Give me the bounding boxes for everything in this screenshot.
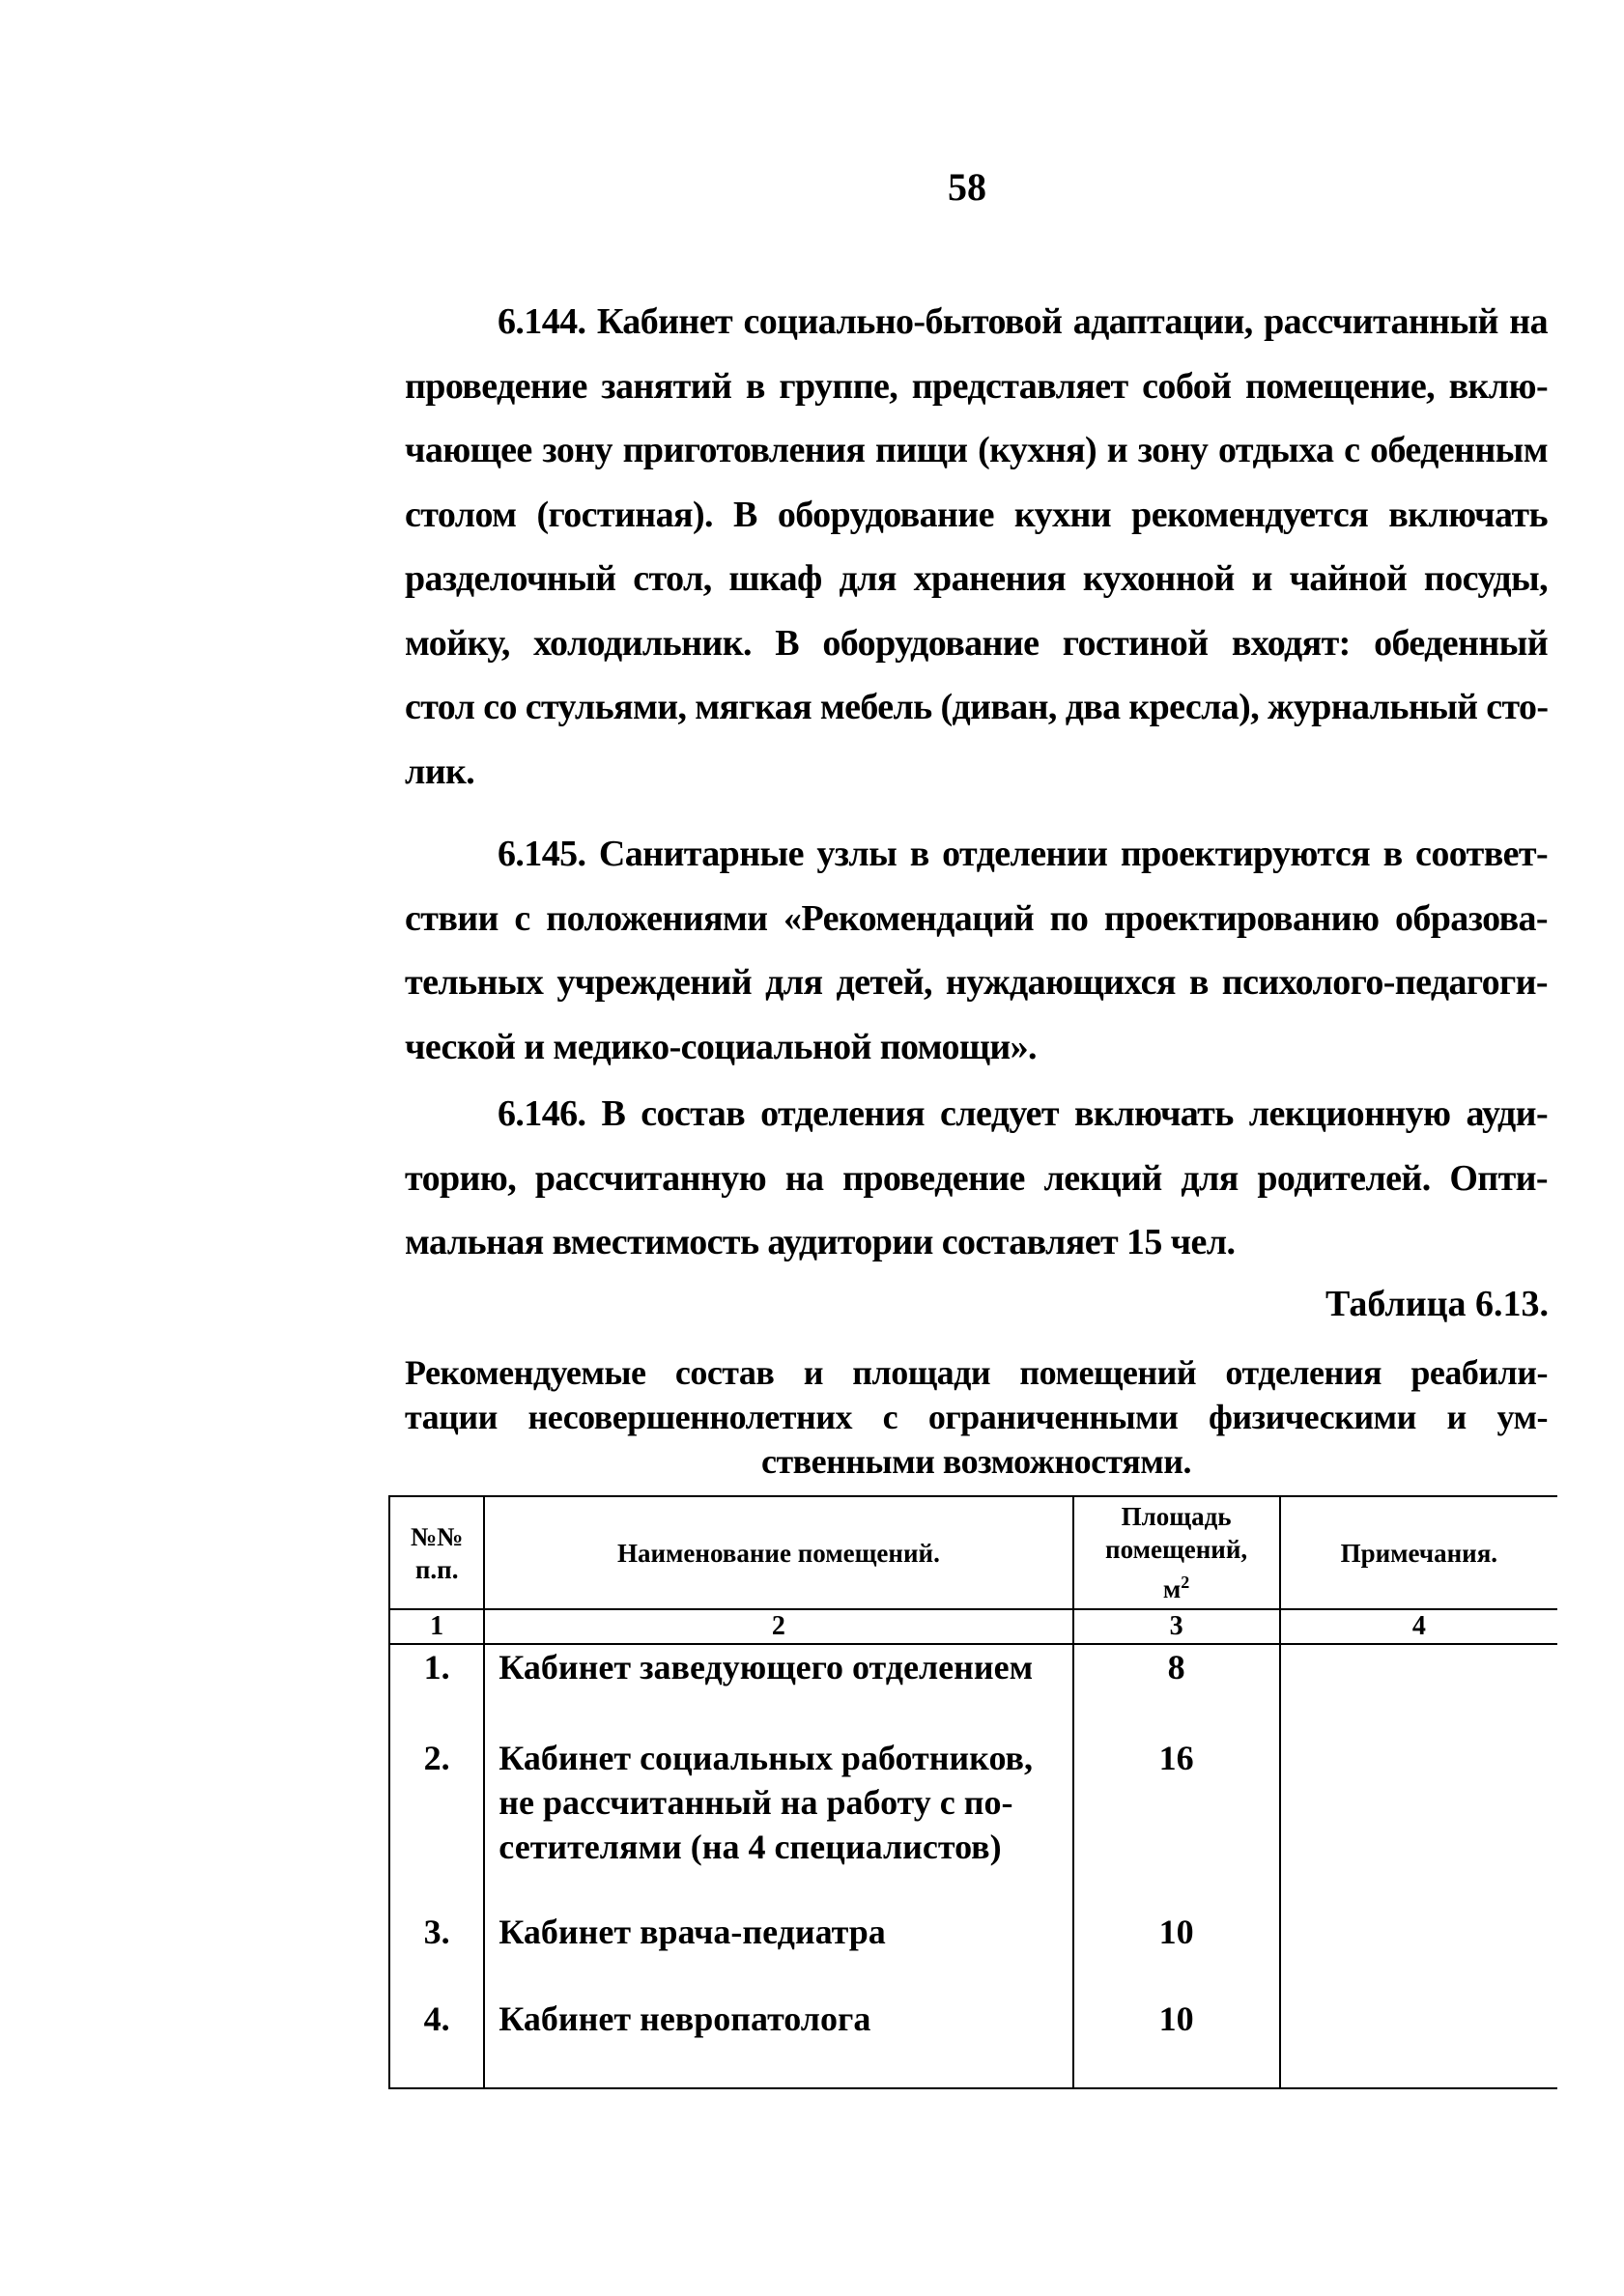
table-row: 1. Кабинет заведующего отделением 8 — [389, 1644, 1557, 1736]
room-name: Кабинет врача-педиатра — [484, 1910, 1072, 1997]
room-name: Кабинет заведующего отделением — [484, 1644, 1072, 1736]
text-line: столом (гостиная). В оборудование кухни … — [405, 483, 1548, 548]
paragraph-6-144: 6.144. Кабинет социально-бытовой адаптац… — [405, 290, 1548, 804]
header-text: п.п. — [415, 1555, 459, 1584]
row-number: 3. — [389, 1910, 484, 1997]
room-area: 10 — [1073, 1910, 1280, 1997]
text-line: чающее зону приготовления пищи (кухня) и… — [405, 418, 1548, 483]
room-name-line: Кабинет заведующего отделением — [499, 1648, 1033, 1687]
paragraph-6-145: 6.145. Санитарные узлы в отделении проек… — [405, 822, 1548, 1079]
column-number: 2 — [484, 1609, 1072, 1644]
room-name-line: Кабинет врача-педиатра — [499, 1913, 886, 1951]
table-caption: Рекомендуемые состав и площади помещений… — [405, 1350, 1548, 1484]
header-area: Площадь помещений, м2 — [1073, 1496, 1280, 1609]
column-number: 1 — [389, 1609, 484, 1644]
room-note — [1280, 1910, 1557, 1997]
header-number: №№ п.п. — [389, 1496, 484, 1609]
paragraph-6-146: 6.146. В состав отделения следует включа… — [405, 1082, 1548, 1275]
room-area: 16 — [1073, 1736, 1280, 1910]
header-name: Наименование помещений. — [484, 1496, 1072, 1609]
room-name-line: сетителями (на 4 специалистов) — [499, 1828, 1001, 1866]
column-number: 4 — [1280, 1609, 1557, 1644]
text-line: ствии с положениями «Рекомендаций по про… — [405, 887, 1548, 951]
table-label: Таблица 6.13. — [1325, 1283, 1549, 1325]
table-row: 3. Кабинет врача-педиатра 10 — [389, 1910, 1557, 1997]
caption-line: ственными возможностями. — [405, 1439, 1548, 1484]
room-name: Кабинет социальных работников, не рассчи… — [484, 1736, 1072, 1910]
row-number: 2. — [389, 1736, 484, 1910]
room-name: Кабинет невропатолога — [484, 1997, 1072, 2088]
room-note — [1280, 1997, 1557, 2088]
text-line: ческой и медико-социальной помощи». — [405, 1015, 1548, 1080]
column-number-row: 1 2 3 4 — [389, 1609, 1557, 1644]
table-row: 4. Кабинет невропатолога 10 — [389, 1997, 1557, 2088]
text-line: мойку, холодильник. В оборудование гости… — [405, 611, 1548, 676]
rooms-table: №№ п.п. Наименование помещений. Площадь … — [388, 1495, 1557, 2089]
row-number: 4. — [389, 1997, 484, 2088]
text-line: мальная вместимость аудитории составляет… — [405, 1210, 1548, 1275]
caption-line: Рекомендуемые состав и площади помещений… — [405, 1350, 1548, 1395]
text-line: лик. — [405, 740, 1548, 805]
superscript: 2 — [1181, 1573, 1189, 1592]
table-header-row: №№ п.п. Наименование помещений. Площадь … — [389, 1496, 1557, 1609]
page-number: 58 — [0, 164, 1624, 210]
table-row: 2. Кабинет социальных работников, не рас… — [389, 1736, 1557, 1910]
text-line: торию, рассчитанную на проведение лекций… — [405, 1147, 1548, 1211]
room-area: 8 — [1073, 1644, 1280, 1736]
header-text: помещений, — [1105, 1535, 1247, 1564]
text-line: проведение занятий в группе, представляе… — [405, 354, 1548, 419]
text-line: 6.145. Санитарные узлы в отделении проек… — [405, 822, 1548, 887]
text-line: тельных учреждений для детей, нуждающихс… — [405, 950, 1548, 1015]
text-line: 6.144. Кабинет социально-бытовой адаптац… — [405, 290, 1548, 354]
text-line: 6.146. В состав отделения следует включа… — [405, 1082, 1548, 1147]
room-note — [1280, 1644, 1557, 1736]
text-line: стол со стульями, мягкая мебель (диван, … — [405, 675, 1546, 740]
row-number: 1. — [389, 1644, 484, 1736]
header-text: Площадь — [1122, 1502, 1232, 1531]
room-name-line: Кабинет невропатолога — [499, 1999, 870, 2038]
text-line: разделочный стол, шкаф для хранения кухо… — [405, 547, 1548, 611]
room-name-line: Кабинет социальных работников, — [499, 1739, 1033, 1777]
header-text: №№ — [411, 1522, 463, 1551]
room-area: 10 — [1073, 1997, 1280, 2088]
header-text: м — [1163, 1574, 1181, 1603]
caption-line: тации несовершеннолетних с ограниченными… — [405, 1395, 1548, 1439]
room-name-line: не рассчитанный на работу с по- — [499, 1783, 1012, 1822]
column-number: 3 — [1073, 1609, 1280, 1644]
room-note — [1280, 1736, 1557, 1910]
header-notes: Примечания. — [1280, 1496, 1557, 1609]
